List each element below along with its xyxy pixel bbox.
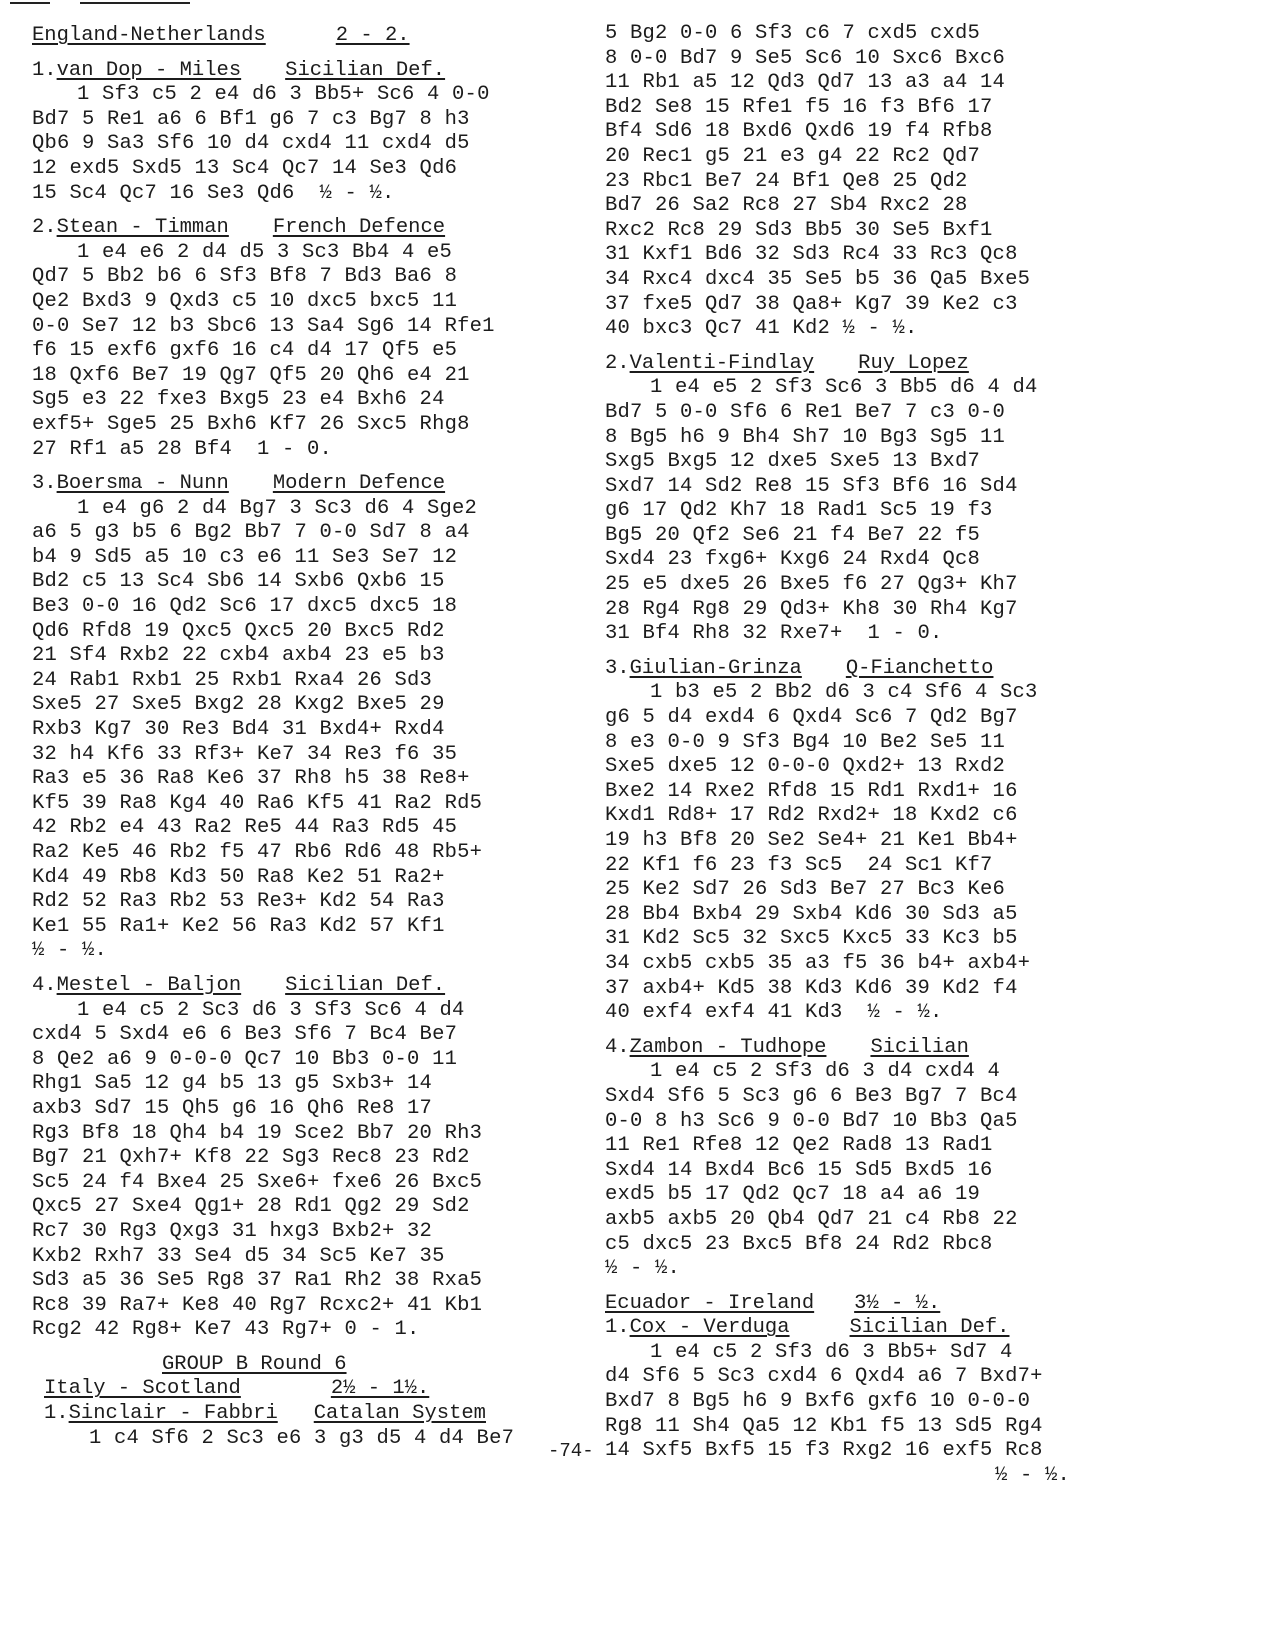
move-line: 22 Kf1 f6 23 f3 Sc5 24 Sc1 Kf7: [605, 854, 1125, 879]
move-line: 27 Rf1 a5 28 Bf4 1 - 0.: [32, 438, 572, 463]
move-line: Rcg2 42 Rg8+ Ke7 43 Rg7+ 0 - 1.: [32, 1318, 572, 1343]
move-line: Ra2 Ke5 46 Rb2 f5 47 Rb6 Rd6 48 Rb5+: [32, 841, 572, 866]
game-opening: Q-Fianchetto: [846, 657, 994, 680]
move-line: 1 e4 c5 2 Sf3 d6 3 d4 cxd4 4: [605, 1060, 1125, 1085]
game-players: Boersma - Nunn: [57, 472, 229, 495]
page-number: -74-: [548, 1440, 594, 1462]
move-line: 21 Sf4 Rxb2 22 cxb4 axb4 23 e5 b3: [32, 644, 572, 669]
move-line: 8 0-0 Bd7 9 Se5 Sc6 10 Sxc6 Bxc6: [605, 47, 1125, 72]
move-line: Sxe5 dxe5 12 0-0-0 Qxd2+ 13 Rxd2: [605, 755, 1125, 780]
move-line: Bf4 Sd6 18 Bxd6 Qxd6 19 f4 Rfb8: [605, 120, 1125, 145]
move-line: 14 Sxf5 Bxf5 15 f3 Rxg2 16 exf5 Rc8: [605, 1439, 1125, 1464]
move-line: exf5+ Sge5 25 Bxh6 Kf7 26 Sxc5 Rhg8: [32, 413, 572, 438]
move-line: Bxd7 8 Bg5 h6 9 Bxf6 gxf6 10 0-0-0: [605, 1390, 1125, 1415]
move-line: Bxe2 14 Rxe2 Rfd8 15 Rd1 Rxd1+ 16: [605, 780, 1125, 805]
move-line: Rg8 11 Sh4 Qa5 12 Kb1 f5 13 Sd5 Rg4: [605, 1415, 1125, 1440]
match-title: England-Netherlands: [32, 24, 266, 47]
move-line: Kxd1 Rd8+ 17 Rd2 Rxd2+ 18 Kxd2 c6: [605, 804, 1125, 829]
game-header: 3.Giulian-GrinzaQ-Fianchetto: [605, 657, 1125, 682]
move-line: 31 Bf4 Rh8 32 Rxe7+ 1 - 0.: [605, 622, 1125, 647]
game-result: ½ - ½.: [605, 1464, 1125, 1489]
move-line: 40 exf4 exf4 41 Kd3 ½ - ½.: [605, 1001, 1125, 1026]
scan-artifact-rule: [0, 0, 300, 6]
move-line: Kxb2 Rxh7 33 Se4 d5 34 Sc5 Ke7 35: [32, 1245, 572, 1270]
move-line: 1 e4 e5 2 Sf3 Sc6 3 Bb5 d6 4 d4: [605, 376, 1125, 401]
move-line: ½ - ½.: [32, 939, 572, 964]
move-line: 1 e4 g6 2 d4 Bg7 3 Sc3 d6 4 Sge2: [32, 497, 572, 522]
section-title: GROUP B Round 6: [32, 1353, 572, 1378]
move-line: Be3 0-0 16 Qd2 Sc6 17 dxc5 dxc5 18: [32, 595, 572, 620]
move-line: 37 fxe5 Qd7 38 Qa8+ Kg7 39 Ke2 c3: [605, 293, 1125, 318]
move-line: 1 b3 e5 2 Bb2 d6 3 c4 Sf6 4 Sc3: [605, 681, 1125, 706]
move-line: 12 exd5 Sxd5 13 Sc4 Qc7 14 Se3 Qd6: [32, 157, 572, 182]
game-opening: Catalan System: [314, 1402, 486, 1425]
move-line: Bg5 20 Qf2 Se6 21 f4 Be7 22 f5: [605, 524, 1125, 549]
move-line: 28 Rg4 Rg8 29 Qd3+ Kh8 30 Rh4 Kg7: [605, 598, 1125, 623]
move-line: 8 Bg5 h6 9 Bh4 Sh7 10 Bg3 Sg5 11: [605, 426, 1125, 451]
game-players: Cox - Verduga: [630, 1316, 790, 1339]
move-line: Rxc2 Rc8 29 Sd3 Bb5 30 Se5 Bxf1: [605, 219, 1125, 244]
match-header: England-Netherlands2 - 2.: [32, 24, 572, 49]
game-opening: Sicilian Def.: [850, 1316, 1010, 1339]
move-line: 34 cxb5 cxb5 35 a3 f5 36 b4+ axb4+: [605, 952, 1125, 977]
move-line: b4 9 Sd5 a5 10 c3 e6 11 Se3 Se7 12: [32, 546, 572, 571]
game-opening: Sicilian Def.: [285, 974, 445, 997]
move-line: 34 Rxc4 dxc4 35 Se5 b5 36 Qa5 Bxe5: [605, 268, 1125, 293]
game-opening: Sicilian Def.: [285, 59, 445, 82]
move-line: Sd3 a5 36 Se5 Rg8 37 Ra1 Rh2 38 Rxa5: [32, 1269, 572, 1294]
move-line: 20 Rec1 g5 21 e3 g4 22 Rc2 Qd7: [605, 145, 1125, 170]
move-line: Bd2 c5 13 Sc4 Sb6 14 Sxb6 Qxb6 15: [32, 570, 572, 595]
left-column: England-Netherlands2 - 2. 1.van Dop - Mi…: [32, 24, 572, 1451]
game-block: 2.Stean - TimmanFrench Defence1 e4 e6 2 …: [32, 206, 572, 462]
move-line: axb3 Sd7 15 Qh5 g6 16 Qh6 Re8 17: [32, 1097, 572, 1122]
move-line: 40 bxc3 Qc7 41 Kd2 ½ - ½.: [605, 317, 1125, 342]
move-line: Rg3 Bf8 18 Qh4 b4 19 Sce2 Bb7 20 Rh3: [32, 1122, 572, 1147]
move-line: Qd6 Rfd8 19 Qxc5 Qxc5 20 Bxc5 Rd2: [32, 620, 572, 645]
move-line: 24 Rab1 Rxb1 25 Rxb1 Rxa4 26 Sd3: [32, 669, 572, 694]
game-opening: French Defence: [273, 216, 445, 239]
game-header: 3.Boersma - NunnModern Defence: [32, 472, 572, 497]
move-line: d4 Sf6 5 Sc3 cxd4 6 Qxd4 a6 7 Bxd7+: [605, 1365, 1125, 1390]
game-players: Sinclair - Fabbri: [69, 1402, 278, 1425]
game-block: 1.van Dop - MilesSicilian Def.1 Sf3 c5 2…: [32, 49, 572, 207]
move-line: f6 15 exf6 gxf6 16 c4 d4 17 Qf5 e5: [32, 339, 572, 364]
move-line: Bd2 Se8 15 Rfe1 f5 16 f3 Bf6 17: [605, 96, 1125, 121]
game-opening: Ruy Lopez: [858, 352, 969, 375]
game-block: 3.Boersma - NunnModern Defence1 e4 g6 2 …: [32, 462, 572, 964]
move-line: Sc5 24 f4 Bxe4 25 Sxe6+ fxe6 26 Bxc5: [32, 1171, 572, 1196]
move-line: Bd7 5 Re1 a6 6 Bf1 g6 7 c3 Bg7 8 h3: [32, 108, 572, 133]
move-line: g6 17 Qd2 Kh7 18 Rad1 Sc5 19 f3: [605, 499, 1125, 524]
move-line: 25 Ke2 Sd7 26 Sd3 Be7 27 Bc3 Ke6: [605, 878, 1125, 903]
game-block: 4.Mestel - BaljonSicilian Def.1 e4 c5 2 …: [32, 964, 572, 1343]
move-line: 31 Kd2 Sc5 32 Sxc5 Kxc5 33 Kc3 b5: [605, 927, 1125, 952]
move-line: Qd7 5 Bb2 b6 6 Sf3 Bf8 7 Bd3 Ba6 8: [32, 265, 572, 290]
game-header: 4.Mestel - BaljonSicilian Def.: [32, 974, 572, 999]
match-header: Ecuador - Ireland3½ - ½.: [605, 1292, 1125, 1317]
game-players: Giulian-Grinza: [630, 657, 802, 680]
game-header: 2.Valenti-FindlayRuy Lopez: [605, 352, 1125, 377]
move-line: 1 e4 e6 2 d4 d5 3 Sc3 Bb4 4 e5: [32, 241, 572, 266]
match-score: 2½ - 1½.: [331, 1377, 429, 1400]
move-line: Rc8 39 Ra7+ Ke8 40 Rg7 Rcxc2+ 41 Kb1: [32, 1294, 572, 1319]
move-line: Rd2 52 Ra3 Rb2 53 Re3+ Kd2 54 Ra3: [32, 890, 572, 915]
move-line: Bd7 5 0-0 Sf6 6 Re1 Be7 7 c3 0-0: [605, 401, 1125, 426]
move-line: Sg5 e3 22 fxe3 Bxg5 23 e4 Bxh6 24: [32, 388, 572, 413]
move-line: Ke1 55 Ra1+ Ke2 56 Ra3 Kd2 57 Kf1: [32, 915, 572, 940]
move-line: exd5 b5 17 Qd2 Qc7 18 a4 a6 19: [605, 1183, 1125, 1208]
move-line: 8 Qe2 a6 9 0-0-0 Qc7 10 Bb3 0-0 11: [32, 1048, 572, 1073]
match-header: Italy - Scotland2½ - 1½.: [32, 1377, 572, 1402]
match-title: Ecuador - Ireland: [605, 1292, 814, 1315]
game-players: van Dop - Miles: [57, 59, 242, 82]
game-block: 2.Valenti-FindlayRuy Lopez1 e4 e5 2 Sf3 …: [605, 342, 1125, 647]
move-line: 0-0 Se7 12 b3 Sbc6 13 Sa4 Sg6 14 Rfe1: [32, 315, 572, 340]
game-players: Stean - Timman: [57, 216, 229, 239]
move-line: 1 e4 c5 2 Sc3 d6 3 Sf3 Sc6 4 d4: [32, 999, 572, 1024]
move-line: 11 Re1 Rfe8 12 Qe2 Rad8 13 Rad1: [605, 1134, 1125, 1159]
move-line: Sxd7 14 Sd2 Re8 15 Sf3 Bf6 16 Sd4: [605, 475, 1125, 500]
move-line: Rhg1 Sa5 12 g4 b5 13 g5 Sxb3+ 14: [32, 1072, 572, 1097]
game-header: 1.van Dop - MilesSicilian Def.: [32, 59, 572, 84]
move-line: 5 Bg2 0-0 6 Sf3 c6 7 cxd5 cxd5: [605, 22, 1125, 47]
move-line: c5 dxc5 23 Bxc5 Bf8 24 Rd2 Rbc8: [605, 1233, 1125, 1258]
move-line: Kf5 39 Ra8 Kg4 40 Ra6 Kf5 41 Ra2 Rd5: [32, 792, 572, 817]
move-line: Sxe5 27 Sxe5 Bxg2 28 Kxg2 Bxe5 29: [32, 693, 572, 718]
move-line: 19 h3 Bf8 20 Se2 Se4+ 21 Ke1 Bb4+: [605, 829, 1125, 854]
move-line: cxd4 5 Sxd4 e6 6 Be3 Sf6 7 Bc4 Be7: [32, 1023, 572, 1048]
move-line: 1 c4 Sf6 2 Sc3 e6 3 g3 d5 4 d4 Be7: [44, 1427, 572, 1452]
move-line: ½ - ½.: [605, 1257, 1125, 1282]
game-header: 4.Zambon - TudhopeSicilian: [605, 1036, 1125, 1061]
game-players: Mestel - Baljon: [57, 974, 242, 997]
game-header: 1.Sinclair - FabbriCatalan System: [32, 1402, 572, 1427]
move-line: 15 Sc4 Qc7 16 Se3 Qd6 ½ - ½.: [32, 182, 572, 207]
game-opening: Sicilian: [870, 1036, 968, 1059]
right-column: 5 Bg2 0-0 6 Sf3 c6 7 cxd5 cxd58 0-0 Bd7 …: [605, 22, 1125, 1488]
move-line: Sxd4 14 Bxd4 Bc6 15 Sd5 Bxd5 16: [605, 1159, 1125, 1184]
move-line: axb5 axb5 20 Qb4 Qd7 21 c4 Rb8 22: [605, 1208, 1125, 1233]
move-line: Qe2 Bxd3 9 Qxd3 c5 10 dxc5 bxc5 11: [32, 290, 572, 315]
move-line: 1 Sf3 c5 2 e4 d6 3 Bb5+ Sc6 4 0-0: [32, 83, 572, 108]
game-header: 1.Cox - VerdugaSicilian Def.: [605, 1316, 1125, 1341]
move-line: 25 e5 dxe5 26 Bxe5 f6 27 Qg3+ Kh7: [605, 573, 1125, 598]
move-line: 28 Bb4 Bxb4 29 Sxb4 Kd6 30 Sd3 a5: [605, 903, 1125, 928]
move-line: Ra3 e5 36 Ra8 Ke6 37 Rh8 h5 38 Re8+: [32, 767, 572, 792]
game-block: 3.Giulian-GrinzaQ-Fianchetto1 b3 e5 2 Bb…: [605, 647, 1125, 1026]
move-line: Sxg5 Bxg5 12 dxe5 Sxe5 13 Bxd7: [605, 450, 1125, 475]
move-line: Sxd4 Sf6 5 Sc3 g6 6 Be3 Bg7 7 Bc4: [605, 1085, 1125, 1110]
move-line: 23 Rbc1 Be7 24 Bf1 Qe8 25 Qd2: [605, 170, 1125, 195]
game-opening: Modern Defence: [273, 472, 445, 495]
game-block: 4.Zambon - TudhopeSicilian1 e4 c5 2 Sf3 …: [605, 1026, 1125, 1282]
match-score: 3½ - ½.: [854, 1292, 940, 1315]
game-players: Valenti-Findlay: [630, 352, 815, 375]
move-line: 42 Rb2 e4 43 Ra2 Re5 44 Ra3 Rd5 45: [32, 816, 572, 841]
move-line: g6 5 d4 exd4 6 Qxd4 Sc6 7 Qd2 Bg7: [605, 706, 1125, 731]
game-header: 2.Stean - TimmanFrench Defence: [32, 216, 572, 241]
move-line: 0-0 8 h3 Sc6 9 0-0 Bd7 10 Bb3 Qa5: [605, 1110, 1125, 1135]
move-line: Qb6 9 Sa3 Sf6 10 d4 cxd4 11 cxd4 d5: [32, 132, 572, 157]
match-title: Italy - Scotland: [44, 1377, 241, 1400]
move-line: Kd4 49 Rb8 Kd3 50 Ra8 Ke2 51 Ra2+: [32, 866, 572, 891]
move-line: 18 Qxf6 Be7 19 Qg7 Qf5 20 Qh6 e4 21: [32, 364, 572, 389]
move-line: 1 e4 c5 2 Sf3 d6 3 Bb5+ Sd7 4: [605, 1341, 1125, 1366]
move-line: Sxd4 23 fxg6+ Kxg6 24 Rxd4 Qc8: [605, 548, 1125, 573]
move-line: Rc7 30 Rg3 Qxg3 31 hxg3 Bxb2+ 32: [32, 1220, 572, 1245]
move-line: 32 h4 Kf6 33 Rf3+ Ke7 34 Re3 f6 35: [32, 743, 572, 768]
move-line: 8 e3 0-0 9 Sf3 Bg4 10 Be2 Se5 11: [605, 731, 1125, 756]
move-line: 31 Kxf1 Bd6 32 Sd3 Rc4 33 Rc3 Qc8: [605, 243, 1125, 268]
move-line: 37 axb4+ Kd5 38 Kd3 Kd6 39 Kd2 f4: [605, 977, 1125, 1002]
move-line: Bg7 21 Qxh7+ Kf8 22 Sg3 Rec8 23 Rd2: [32, 1146, 572, 1171]
move-line: Bd7 26 Sa2 Rc8 27 Sb4 Rxc2 28: [605, 194, 1125, 219]
move-line: a6 5 g3 b5 6 Bg2 Bb7 7 0-0 Sd7 8 a4: [32, 521, 572, 546]
game-players: Zambon - Tudhope: [630, 1036, 827, 1059]
match-score: 2 - 2.: [336, 24, 410, 47]
move-line: Qxc5 27 Sxe4 Qg1+ 28 Rd1 Qg2 29 Sd2: [32, 1195, 572, 1220]
move-line: 11 Rb1 a5 12 Qd3 Qd7 13 a3 a4 14: [605, 71, 1125, 96]
move-line: Rxb3 Kg7 30 Re3 Bd4 31 Bxd4+ Rxd4: [32, 718, 572, 743]
